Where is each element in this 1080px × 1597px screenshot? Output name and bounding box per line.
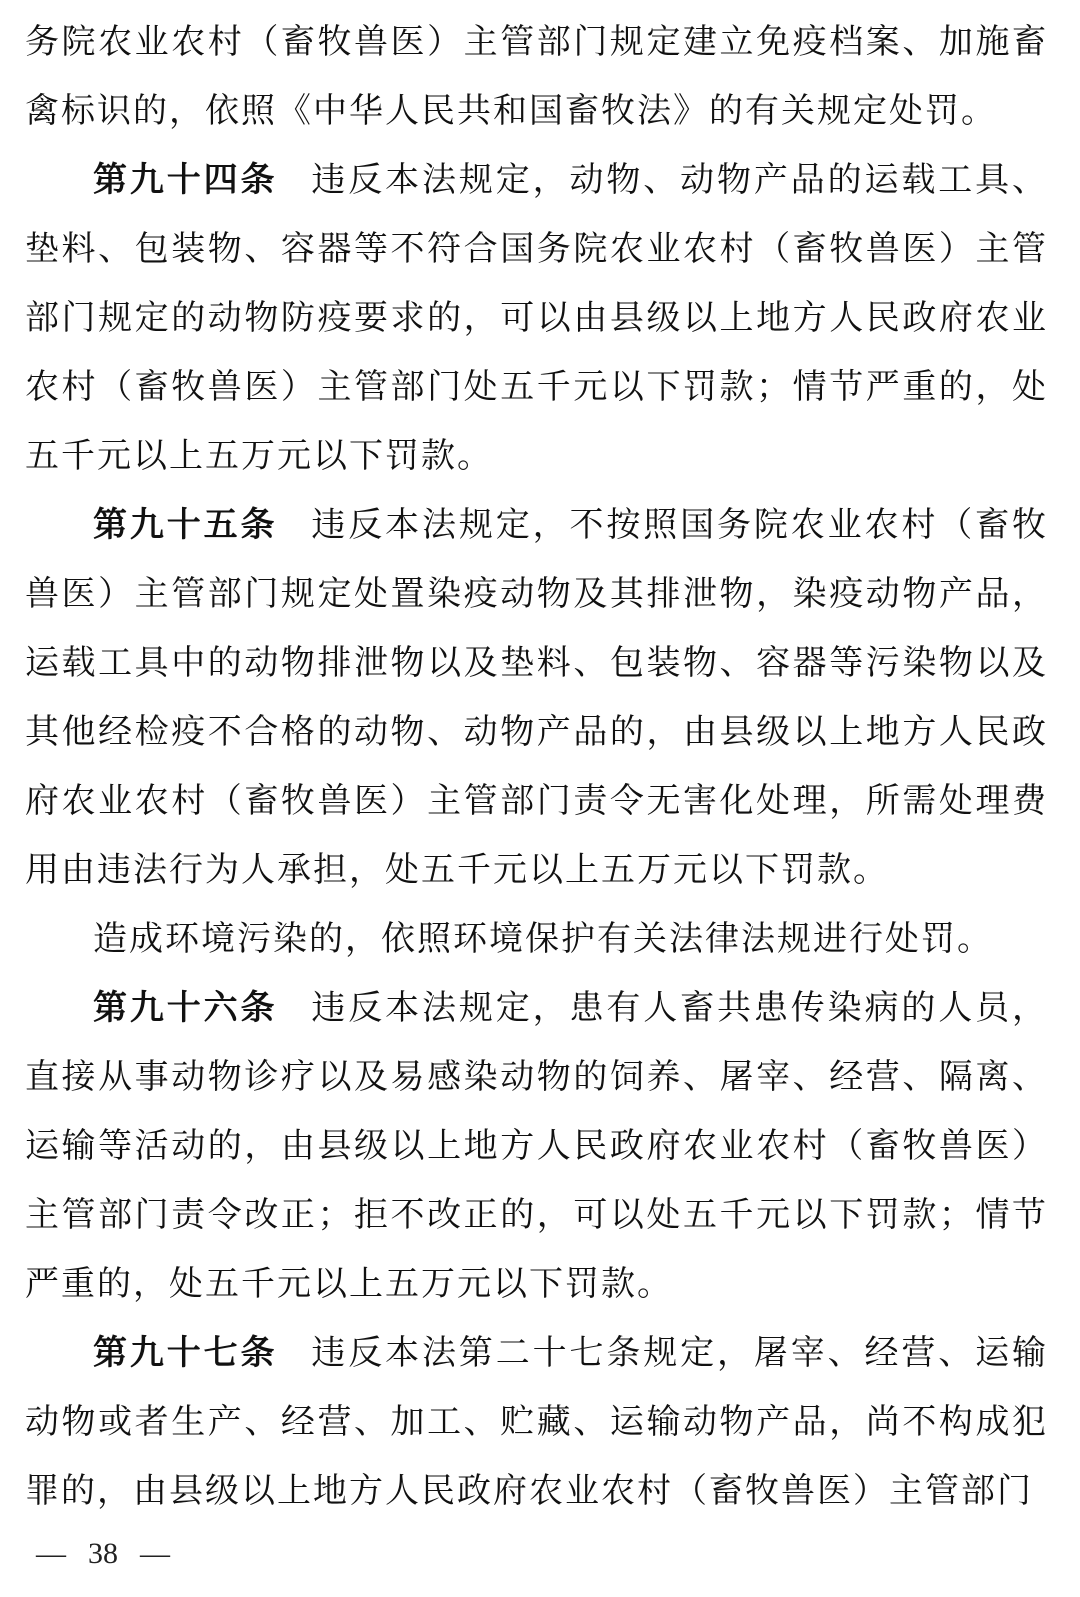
paragraph-article-95-2: 造成环境污染的，依照环境保护有关法律法规进行处罚。 [25,905,1048,974]
article-number: 第九十六条 [93,989,277,1027]
paragraph-article-95: 第九十五条违反本法规定，不按照国务院农业农村（畜牧兽医）主管部门规定处置染疫动物… [25,491,1048,905]
paragraph-article-97: 第九十七条违反本法第二十七条规定，屠宰、经营、运输动物或者生产、经营、加工、贮藏… [25,1319,1048,1526]
document-page: 务院农业农村（畜牧兽医）主管部门规定建立免疫档案、加施畜禽标识的，依照《中华人民… [0,0,1080,1597]
document-body: 务院农业农村（畜牧兽医）主管部门规定建立免疫档案、加施畜禽标识的，依照《中华人民… [25,8,1048,1526]
paragraph-text: 违反本法规定，动物、动物产品的运载工具、垫料、包装物、容器等不符合国务院农业农村… [25,162,1048,475]
paragraph-article-94: 第九十四条违反本法规定，动物、动物产品的运载工具、垫料、包装物、容器等不符合国务… [25,146,1048,491]
page-number: 38 [88,1537,118,1571]
paragraph-article-93-continuation: 务院农业农村（畜牧兽医）主管部门规定建立免疫档案、加施畜禽标识的，依照《中华人民… [25,8,1048,146]
article-number: 第九十五条 [93,506,277,544]
paragraph-text: 违反本法规定，不按照国务院农业农村（畜牧兽医）主管部门规定处置染疫动物及其排泄物… [25,507,1048,889]
article-number: 第九十七条 [93,1334,277,1372]
paragraph-text: 造成环境污染的，依照环境保护有关法律法规进行处罚。 [93,921,993,958]
paragraph-text: 违反本法规定，患有人畜共患传染病的人员，直接从事动物诊疗以及易感染动物的饲养、屠… [25,990,1048,1303]
page-footer: — 38 — [36,1534,170,1574]
paragraph-article-96: 第九十六条违反本法规定，患有人畜共患传染病的人员，直接从事动物诊疗以及易感染动物… [25,974,1048,1319]
footer-dash-left: — [36,1537,66,1571]
footer-dash-right: — [140,1537,170,1571]
article-number: 第九十四条 [93,161,277,199]
paragraph-text: 务院农业农村（畜牧兽医）主管部门规定建立免疫档案、加施畜禽标识的，依照《中华人民… [25,24,1048,130]
